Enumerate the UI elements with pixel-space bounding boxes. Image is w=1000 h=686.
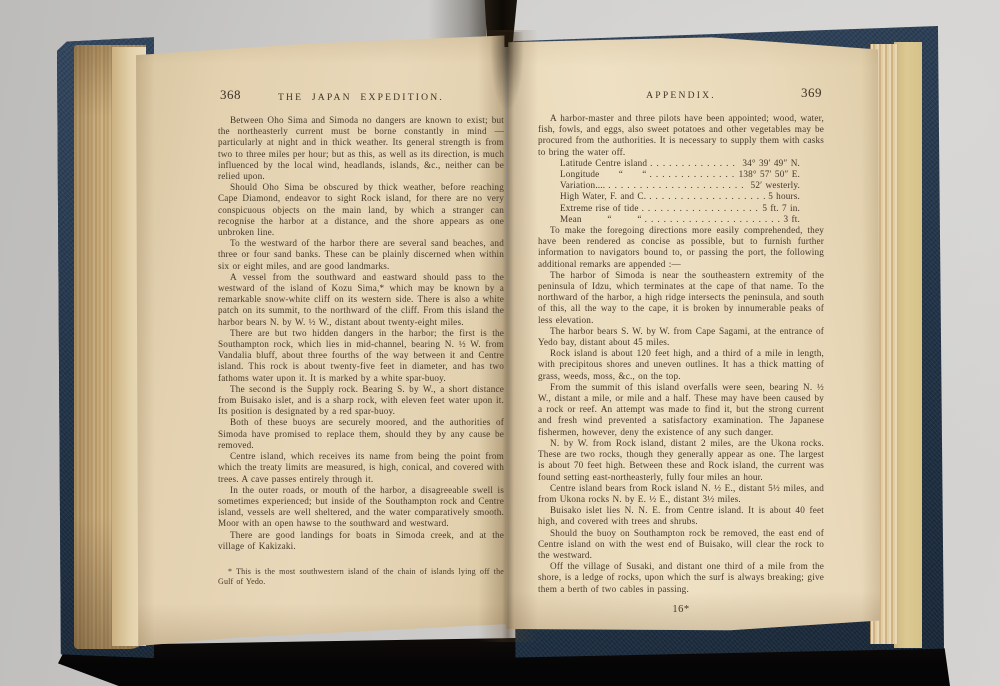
left-running-header: THE JAPAN EXPEDITION. [278, 92, 444, 103]
paragraph: Buisako islet lies N. N. E. from Centre … [538, 505, 824, 527]
table-row: Mean “ “ 3 ft. [560, 214, 800, 225]
paragraph: Should Oho Sima be obscured by thick wea… [218, 182, 504, 238]
signature-mark: 16* [538, 604, 824, 615]
paragraph: The harbor of Simoda is near the southea… [538, 270, 824, 326]
paragraph: A vessel from the southward and eastward… [218, 272, 504, 328]
book-photo: 368 THE JAPAN EXPEDITION. Between Oho Si… [0, 0, 1000, 686]
table-row: Variation.... 52′ westerly. [560, 180, 800, 191]
paragraph: Should the buoy on Southampton rock be r… [538, 528, 824, 562]
paragraph: The harbor bears S. W. by W. from Cape S… [538, 326, 824, 348]
table-label: Latitude Centre island [560, 158, 647, 169]
intro-paragraph: A harbor-master and three pilots have be… [538, 113, 824, 158]
table-row: Latitude Centre island 34° 39′ 49″ N. [560, 158, 800, 169]
paragraph: In the outer roads, or mouth of the harb… [218, 485, 504, 530]
paragraph: The second is the Supply rock. Bearing S… [218, 384, 504, 418]
dot-leader [642, 203, 760, 214]
table-row: Longitude “ “ 138° 57′ 50″ E. [560, 169, 800, 180]
right-page-number: 369 [801, 87, 822, 98]
table-row: High Water, F. and C. 5 hours. [560, 191, 800, 202]
paragraph: Both of these buoys are securely moored,… [218, 417, 504, 451]
paragraph: Centre island, which receives its name f… [218, 451, 504, 485]
table-label: Longitude “ “ [560, 169, 647, 180]
right-page-body: To make the foregoing directions more ea… [538, 225, 824, 595]
right-page-header: APPENDIX. 369 [538, 86, 824, 103]
dot-leader [649, 191, 765, 202]
paragraph: Rock island is about 120 feet high, and … [538, 348, 824, 382]
table-label: Extreme rise of tide [560, 203, 639, 214]
paragraph: There are good landings for boats in Sim… [218, 530, 504, 552]
dot-leader [645, 214, 781, 225]
footnote: * This is the most southwestern island o… [218, 567, 504, 586]
table-value: 34° 39′ 49″ N. [742, 158, 800, 169]
left-page-header: 368 THE JAPAN EXPEDITION. [218, 88, 504, 105]
position-data-table: Latitude Centre island 34° 39′ 49″ N. Lo… [560, 158, 800, 225]
dot-leader [608, 180, 747, 191]
table-label: Mean “ “ [560, 214, 642, 225]
table-value: 52′ westerly. [751, 180, 800, 191]
table-row: Extreme rise of tide 5 ft. 7 in. [560, 203, 800, 214]
paragraph: Centre island bears from Rock island N. … [538, 483, 824, 505]
paragraph: N. by W. from Rock island, distant 2 mil… [538, 438, 824, 483]
left-page-text: 368 THE JAPAN EXPEDITION. Between Oho Si… [218, 88, 504, 644]
left-page-body: Between Oho Sima and Simoda no dangers a… [218, 115, 504, 552]
paragraph: Off the village of Susaki, and distant o… [538, 561, 824, 595]
table-value: 138° 57′ 50″ E. [739, 169, 800, 180]
left-page-number: 368 [220, 89, 241, 100]
table-label: Variation.... [560, 180, 605, 191]
paragraph: Between Oho Sima and Simoda no dangers a… [218, 115, 504, 182]
dot-leader [650, 158, 739, 169]
right-endpaper [894, 42, 922, 648]
table-value: 3 ft. [784, 214, 800, 225]
right-page-text: APPENDIX. 369 A harbor-master and three … [538, 86, 824, 646]
paragraph: To make the foregoing directions more ea… [538, 225, 824, 270]
paragraph: From the summit of this island overfalls… [538, 382, 824, 438]
paragraph: To the westward of the harbor there are … [218, 238, 504, 272]
table-value: 5 hours. [768, 191, 800, 202]
table-label: High Water, F. and C. [560, 191, 646, 202]
paragraph: There are but two hidden dangers in the … [218, 328, 504, 384]
dot-leader [650, 169, 736, 180]
right-running-header: APPENDIX. [646, 90, 716, 101]
table-value: 5 ft. 7 in. [762, 203, 800, 214]
